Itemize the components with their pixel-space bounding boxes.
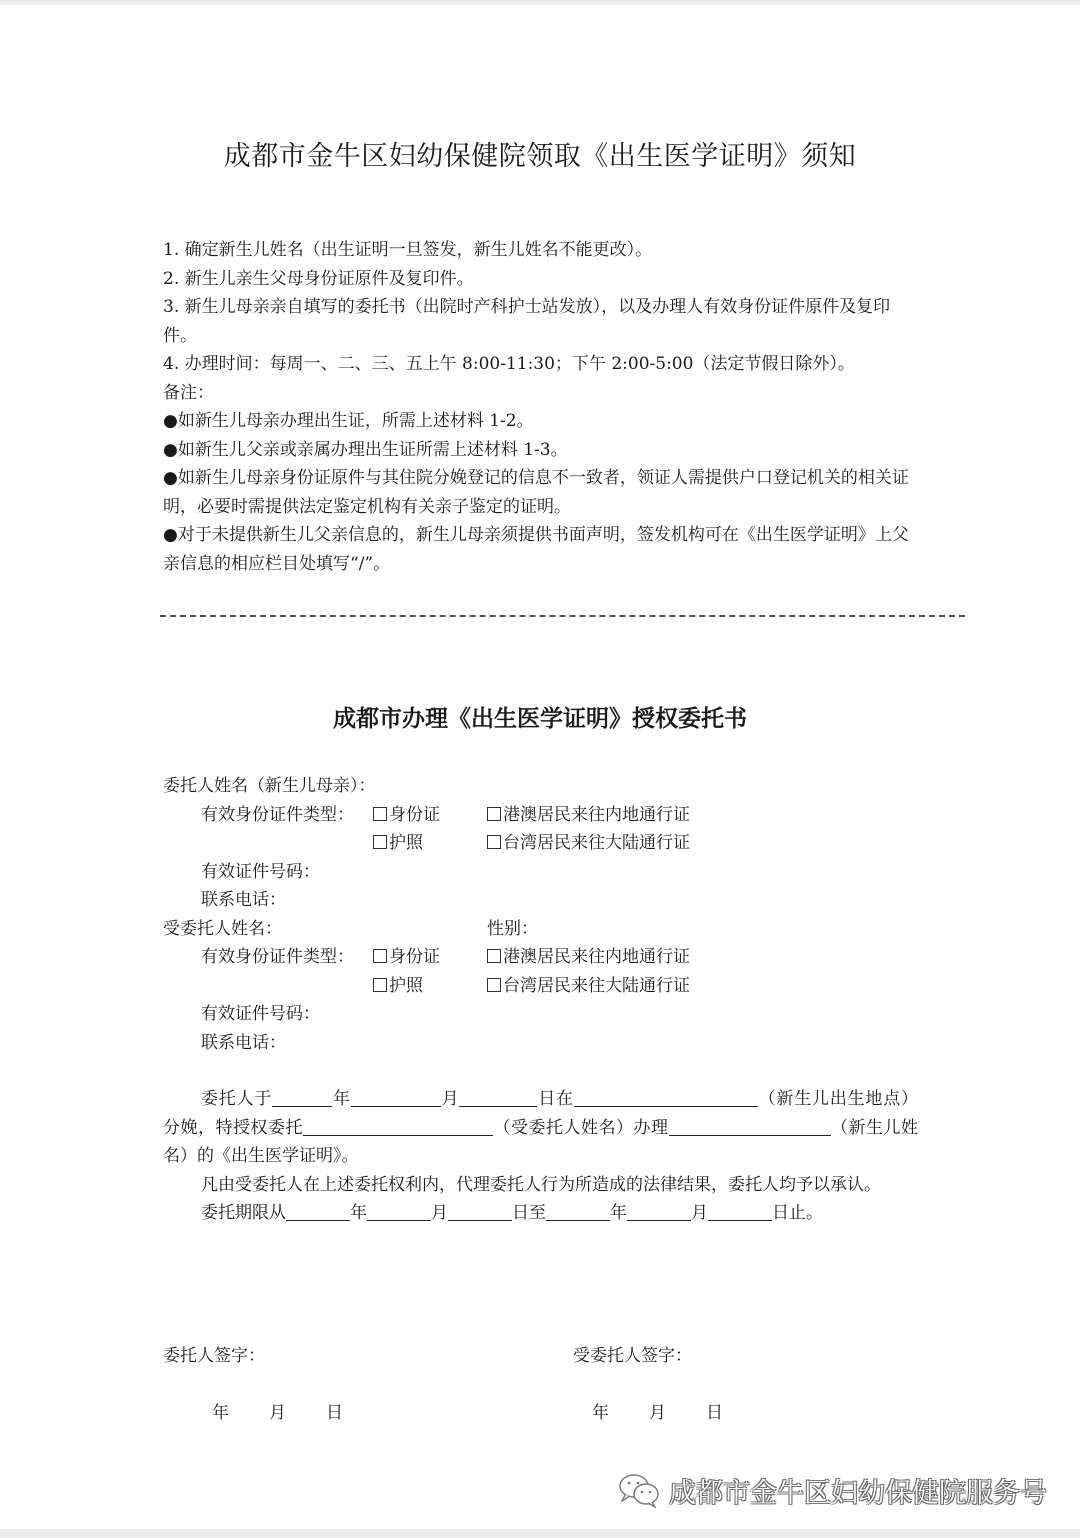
principal-name-row: 委托人姓名（新生儿母亲）： (163, 772, 923, 801)
agent-option-taiwan-permit[interactable]: 台湾居民来往大陆通行证 (487, 972, 690, 1001)
agent-name-row: 受委托人姓名： 性别： (163, 915, 923, 944)
principal-option-passport[interactable]: 护照 (373, 829, 423, 858)
checkbox-icon[interactable] (373, 949, 387, 963)
principal-id-number-label: 有效证件号码： (201, 862, 320, 882)
notice-item: 2. 新生儿亲生父母身份证原件及复印件。 (163, 265, 923, 294)
agent-id-type-label: 有效身份证件类型： (201, 947, 354, 967)
end-year-blank[interactable] (546, 1202, 610, 1221)
remark-item: ●对于未提供新生儿父亲信息的，新生儿母亲须提供书面声明，签发机构可在《出生医学证… (163, 521, 923, 578)
notice-item: 1. 确定新生儿姓名（出生证明一旦签发，新生儿姓名不能更改）。 (163, 236, 923, 265)
statement-paragraph-2: 凡由受委托人在上述委托权利内，代理委托人行为所造成的法律结果，委托人均予以承认。 (163, 1171, 918, 1200)
principal-id-number-row: 有效证件号码： (163, 858, 923, 887)
checkbox-icon[interactable] (487, 807, 501, 821)
principal-phone-label: 联系电话： (201, 890, 286, 910)
watermark-text: 成都市金牛区妇幼保健院服务号 (669, 1471, 1047, 1510)
checkbox-icon[interactable] (487, 949, 501, 963)
agent-id-number-label: 有效证件号码： (201, 1004, 320, 1024)
birth-place-blank[interactable] (574, 1088, 758, 1107)
birth-year-blank[interactable] (272, 1088, 332, 1107)
start-year-blank[interactable] (286, 1202, 350, 1221)
remarks-label: 备注： (163, 379, 923, 408)
agent-gender-label: 性别： (487, 915, 538, 944)
start-day-blank[interactable] (448, 1202, 512, 1221)
principal-signature-date: 年月日 (212, 1398, 383, 1423)
checkbox-icon[interactable] (373, 807, 387, 821)
agent-id-type-row: 有效身份证件类型： 身份证 港澳居民来往内地通行证 (163, 943, 923, 972)
remark-item: ●如新生儿母亲身份证原件与其住院分娩登记的信息不一致者，领证人需提供户口登记机关… (163, 464, 923, 521)
authorization-form: 委托人姓名（新生儿母亲）： 有效身份证件类型： 身份证 港澳居民来往内地通行证 … (163, 772, 923, 1057)
bottom-edge (0, 1529, 1080, 1538)
agent-signature-date: 年月日 (592, 1398, 763, 1423)
agent-id-number-row: 有效证件号码： (163, 1000, 923, 1029)
top-edge (0, 0, 1080, 5)
wechat-icon (617, 1472, 663, 1508)
notice-item: 4. 办理时间：每周一、二、三、五上午 8:00-11:30；下午 2:00-5… (163, 350, 923, 379)
principal-signature-label: 委托人签字： (163, 1341, 265, 1366)
principal-phone-row: 联系电话： (163, 886, 923, 915)
authorization-title: 成都市办理《出生医学证明》授权委托书 (0, 700, 1080, 733)
principal-id-type-row: 有效身份证件类型： 身份证 港澳居民来往内地通行证 (163, 801, 923, 830)
principal-id-type-label: 有效身份证件类型： (201, 805, 354, 825)
principal-name-label: 委托人姓名（新生儿母亲）： (163, 776, 376, 796)
checkbox-icon[interactable] (487, 978, 501, 992)
agent-name-blank[interactable] (303, 1117, 493, 1136)
agent-signature-label: 受委托人签字： (573, 1341, 692, 1366)
checkbox-icon[interactable] (487, 835, 501, 849)
checkbox-icon[interactable] (373, 978, 387, 992)
agent-id-type-row-2: 护照 台湾居民来往大陆通行证 (163, 972, 923, 1001)
notice-item: 3. 新生儿母亲亲自填写的委托书（出院时产科护士站发放），以及办理人有效身份证件… (163, 293, 923, 350)
agent-phone-label: 联系电话： (201, 1033, 286, 1053)
remark-item: ●如新生儿母亲办理出生证，所需上述材料 1-2。 (163, 407, 923, 436)
start-month-blank[interactable] (367, 1202, 431, 1221)
agent-phone-row: 联系电话： (163, 1029, 923, 1058)
statement-paragraph-3: 委托期限从年月日至年月日止。 (163, 1199, 918, 1228)
end-day-blank[interactable] (708, 1202, 772, 1221)
agent-option-id-card[interactable]: 身份证 (373, 943, 440, 972)
principal-option-taiwan-permit[interactable]: 台湾居民来往大陆通行证 (487, 829, 690, 858)
remark-item: ●如新生儿父亲或亲属办理出生证所需上述材料 1-3。 (163, 436, 923, 465)
cut-line-divider (160, 615, 965, 617)
birth-day-blank[interactable] (459, 1088, 537, 1107)
agent-name-label: 受委托人姓名： (163, 919, 282, 939)
notice-body: 1. 确定新生儿姓名（出生证明一旦签发，新生儿姓名不能更改）。 2. 新生儿亲生… (163, 236, 923, 578)
authorization-statement: 委托人于年月日在（新生儿出生地点）分娩，特授权委托（受委托人姓名）办理（新生儿姓… (163, 1085, 918, 1228)
watermark: 成都市金牛区妇幼保健院服务号 (617, 1470, 1047, 1510)
newborn-name-blank[interactable] (669, 1117, 831, 1136)
agent-option-hk-macau-permit[interactable]: 港澳居民来往内地通行证 (487, 943, 690, 972)
end-month-blank[interactable] (627, 1202, 691, 1221)
principal-option-hk-macau-permit[interactable]: 港澳居民来往内地通行证 (487, 801, 690, 830)
principal-option-id-card[interactable]: 身份证 (373, 801, 440, 830)
notice-title: 成都市金牛区妇幼保健院领取《出生医学证明》须知 (0, 134, 1080, 173)
checkbox-icon[interactable] (373, 835, 387, 849)
statement-paragraph-1: 委托人于年月日在（新生儿出生地点）分娩，特授权委托（受委托人姓名）办理（新生儿姓… (163, 1085, 918, 1171)
agent-option-passport[interactable]: 护照 (373, 972, 423, 1001)
principal-id-type-row-2: 护照 台湾居民来往大陆通行证 (163, 829, 923, 858)
birth-month-blank[interactable] (351, 1088, 441, 1107)
